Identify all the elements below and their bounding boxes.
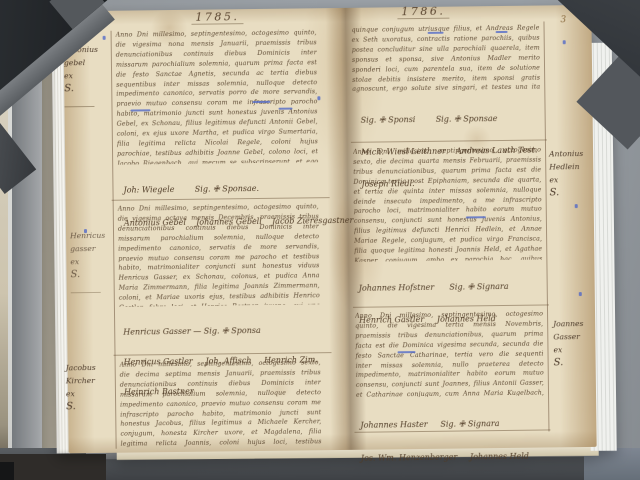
- margin-note: Jacobus Kircher ex S.: [66, 361, 115, 414]
- blue-tick-mark: [103, 36, 106, 40]
- register-entry: quinque conjugum utriusque filius, et An…: [352, 24, 541, 94]
- register-entry: Anno Dni millesimo, septingentesimo, oct…: [118, 202, 320, 306]
- blue-underline-mark: [252, 101, 270, 103]
- year-heading-right: 1786.: [397, 5, 449, 20]
- register-entry: Anno Dni millesimo, septingentesimo, oct…: [353, 146, 542, 262]
- blue-tick-mark: [575, 204, 578, 208]
- page-number: 3: [560, 15, 566, 25]
- open-book: 1785. Antonius gebel ex S. Henricus gass…: [53, 1, 624, 460]
- table-corner-shadow: [0, 462, 14, 480]
- blue-underline-mark: [496, 31, 508, 33]
- blue-tick-mark: [579, 292, 582, 296]
- signature-block: Johannes Haster Sig. ✙ Signara Jos. Wm. …: [360, 398, 529, 480]
- blue-underline-mark: [279, 108, 293, 110]
- margin-note: Joannes Gasser ex S.: [553, 317, 602, 370]
- blue-tick-mark: [317, 96, 320, 100]
- year-heading-left: 1785.: [191, 10, 243, 25]
- blue-underline-mark: [131, 109, 151, 111]
- register-entry: Anno Dni millesimo, septingentesimo, oct…: [120, 358, 322, 450]
- blue-underline-mark: [466, 216, 486, 218]
- blue-tick-mark: [84, 229, 87, 233]
- register-entry: Anno Dni millesimo, septingentesimo, oct…: [116, 28, 319, 164]
- margin-note: Henricus gasser ex S.: [70, 229, 119, 298]
- register-entry: Anno Dni millesimo, septingentesimo, oct…: [355, 310, 544, 398]
- blue-underline-mark: [428, 32, 444, 34]
- blue-underline-mark: [397, 351, 415, 353]
- margin-note: Antonius Hedlein ex S.: [549, 147, 598, 200]
- book-scan-photo: 1785. Antonius gebel ex S. Henricus gass…: [0, 0, 640, 480]
- blue-tick-mark: [563, 40, 566, 44]
